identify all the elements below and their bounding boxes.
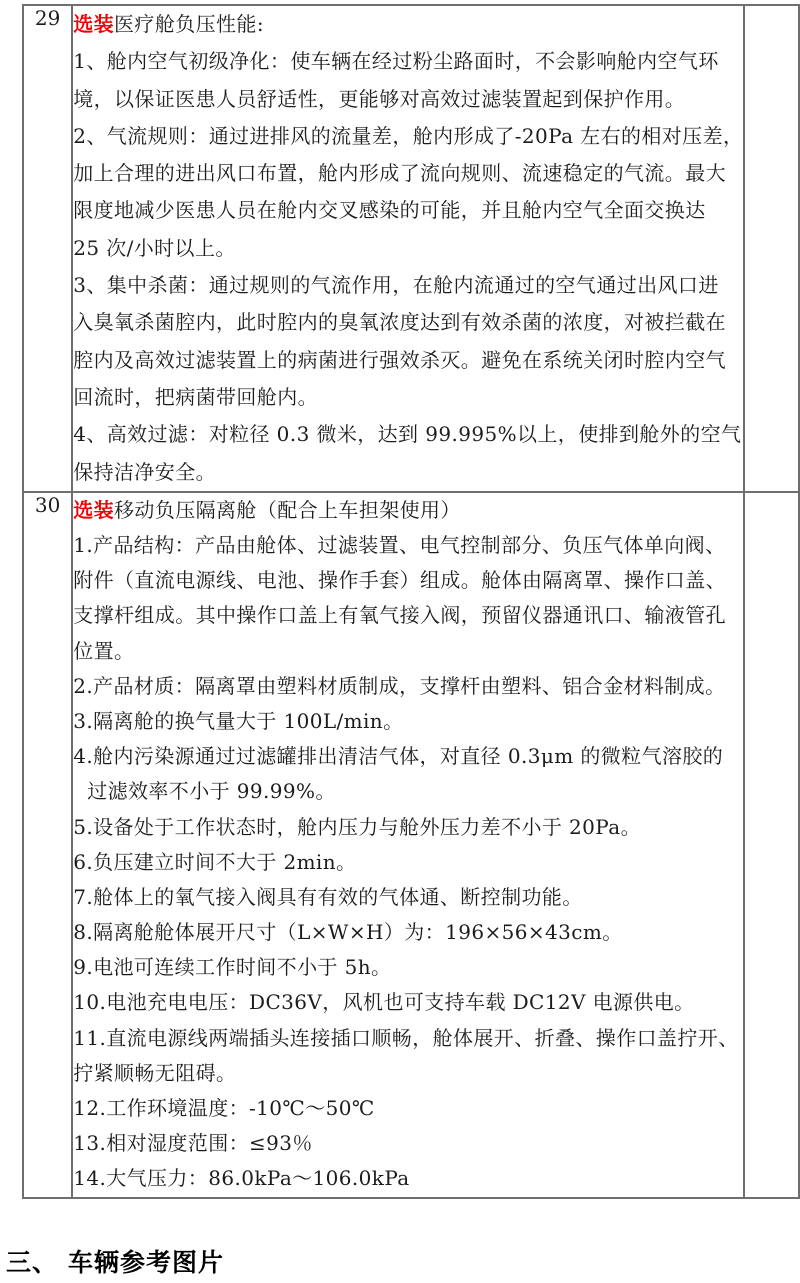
empty-cell — [744, 5, 799, 492]
spec-line: 6.负压建立时间不大于 2min。 — [73, 845, 743, 880]
optional-tag: 选装 — [73, 12, 114, 36]
spec-line: 2、气流规则：通过进排风的流量差，舱内形成了-20Pa 左右的相对压差， — [73, 118, 743, 155]
spec-line: 保持洁净安全。 — [73, 454, 743, 491]
spec-table: 29 选装医疗舱负压性能: 1、舱内空气初级净化：使车辆在经过粉尘路面时，不会影… — [22, 4, 800, 1199]
spec-line: 4、高效过滤：对粒径 0.3 微米，达到 99.995%以上，使排到舱外的空气 — [73, 416, 743, 453]
spec-line: 腔内及高效过滤装置上的病菌进行强效杀灭。避免在系统关闭时腔内空气 — [73, 342, 743, 379]
optional-tag: 选装 — [73, 498, 114, 522]
spec-line: 11.直流电源线两端插头连接插口顺畅，舱体展开、折叠、操作口盖拧开、 — [73, 1021, 743, 1056]
spec-line: 12.工作环境温度：-10℃～50℃ — [73, 1091, 743, 1126]
section-heading: 三、车辆参考图片 — [6, 1243, 224, 1279]
spec-line: 支撑杆组成。其中操作口盖上有氧气接入阀，预留仪器通讯口、输液管孔 — [73, 598, 743, 633]
section-title: 车辆参考图片 — [68, 1248, 224, 1277]
spec-line: 入臭氧杀菌腔内，此时腔内的臭氧浓度达到有效杀菌的浓度，对被拦截在 — [73, 304, 743, 341]
spec-line: 4.舱内污染源通过过滤罐排出清洁气体，对直径 0.3μm 的微粒气溶胶的 — [73, 739, 743, 774]
spec-content-cell: 选装医疗舱负压性能: 1、舱内空气初级净化：使车辆在经过粉尘路面时，不会影响舱内… — [72, 5, 744, 492]
spec-line: 8.隔离舱舱体展开尺寸（L×W×H）为：196×56×43cm。 — [73, 915, 743, 950]
spec-line: 位置。 — [73, 634, 743, 669]
spec-line: 限度地减少医患人员在舱内交叉感染的可能，并且舱内空气全面交换达 — [73, 192, 743, 229]
spec-content-cell: 选装移动负压隔离舱（配合上车担架使用） 1.产品结构：产品由舱体、过滤装置、电气… — [72, 492, 744, 1198]
spec-line: 过滤效率不小于 99.99%。 — [73, 774, 743, 809]
spec-line: 1、舱内空气初级净化：使车辆在经过粉尘路面时，不会影响舱内空气环 — [73, 43, 743, 80]
spec-line: 拧紧顺畅无阻碍。 — [73, 1056, 743, 1091]
empty-cell — [744, 492, 799, 1198]
spec-line: 附件（直流电源线、电池、操作手套）组成。舱体由隔离罩、操作口盖、 — [73, 563, 743, 598]
spec-line: 25 次/小时以上。 — [73, 230, 743, 267]
row-number-cell: 30 — [23, 492, 72, 1198]
spec-line: 3.隔离舱的换气量大于 100L/min。 — [73, 704, 743, 739]
table-row: 29 选装医疗舱负压性能: 1、舱内空气初级净化：使车辆在经过粉尘路面时，不会影… — [23, 5, 799, 492]
spec-line: 2.产品材质：隔离罩由塑料材质制成，支撑杆由塑料、铝合金材料制成。 — [73, 669, 743, 704]
table-row: 30 选装移动负压隔离舱（配合上车担架使用） 1.产品结构：产品由舱体、过滤装置… — [23, 492, 799, 1198]
spec-line: 9.电池可连续工作时间不小于 5h。 — [73, 950, 743, 985]
spec-line: 14.大气压力：86.0kPa～106.0kPa — [73, 1161, 743, 1196]
spec-line: 3、集中杀菌：通过规则的气流作用，在舱内流通过的空气通过出风口进 — [73, 267, 743, 304]
spec-line: 加上合理的进出风口布置，舱内形成了流向规则、流速稳定的气流。最大 — [73, 155, 743, 192]
spec-title-line: 选装移动负压隔离舱（配合上车担架使用） — [73, 493, 743, 528]
spec-line: 13.相对湿度范围：≤93％ — [73, 1126, 743, 1161]
spec-line: 10.电池充电电压：DC36V，风机也可支持车载 DC12V 电源供电。 — [73, 985, 743, 1020]
spec-title-text: 移动负压隔离舱（配合上车担架使用） — [114, 498, 461, 522]
spec-line: 回流时，把病菌带回舱内。 — [73, 379, 743, 416]
spec-line: 1.产品结构：产品由舱体、过滤装置、电气控制部分、负压气体单向阀、 — [73, 528, 743, 563]
spec-line: 7.舱体上的氧气接入阀具有有效的气体通、断控制功能。 — [73, 880, 743, 915]
spec-title-line: 选装医疗舱负压性能: — [73, 6, 743, 43]
spec-title-text: 医疗舱负压性能: — [114, 12, 264, 36]
spec-line: 境，以保证医患人员舒适性，更能够对高效过滤装置起到保护作用。 — [73, 81, 743, 118]
section-number: 三、 — [6, 1248, 58, 1277]
spec-line: 5.设备处于工作状态时，舱内压力与舱外压力差不小于 20Pa。 — [73, 810, 743, 845]
row-number-cell: 29 — [23, 5, 72, 492]
